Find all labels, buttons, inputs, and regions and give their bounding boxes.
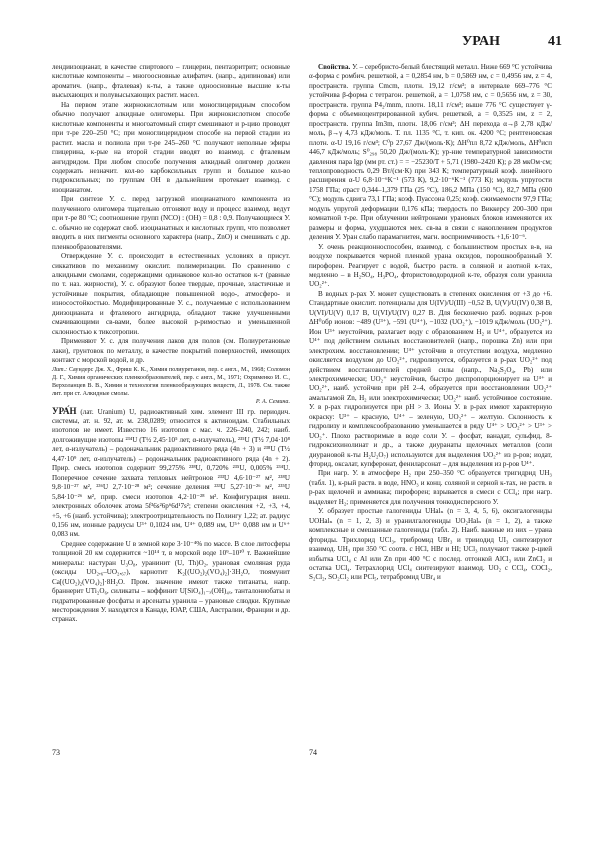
references-label: Лит.: xyxy=(52,367,67,373)
references: Лит.: Саундерс Дж. Х., Фриш К. К., Химия… xyxy=(52,366,290,399)
author-signature: Р. А. Семина. xyxy=(52,398,290,406)
page-number: 41 xyxy=(548,34,562,50)
paragraph: лендиизоцианат, в качестве спиртового – … xyxy=(52,63,290,101)
entry-headword: УРА́Н xyxy=(52,406,76,416)
left-column: лендиизоцианат, в качестве спиртового – … xyxy=(52,63,290,625)
paragraph: Среднее содержание U в земной коре 3·10⁻… xyxy=(52,540,290,625)
properties-text: У. – серебристо-белый блестящий металл. … xyxy=(309,63,552,241)
page-footer-left: 73 xyxy=(52,748,60,757)
paragraph: На первом этапе жирнокислотным или моног… xyxy=(52,101,290,196)
properties-paragraph: Свойства. У. – серебристо-белый блестящи… xyxy=(309,63,552,243)
running-header: УРАН 41 xyxy=(462,34,562,50)
section-heading-properties: Свойства. xyxy=(318,63,350,71)
entry-paragraph: УРА́Н (лат. Uranium) U, радиоактивный хи… xyxy=(52,407,290,540)
entry-text: (лат. Uranium) U, радиоактивный хим. эле… xyxy=(52,408,290,539)
author-signature-line: Р. А. Семина. xyxy=(52,398,290,406)
running-header-title: УРАН xyxy=(462,34,500,50)
paragraph: При нагр. У. в атмосфере H₂ при 250–350 … xyxy=(309,469,552,507)
references-text: Саундерс Дж. Х., Фриш К. К., Химия полиу… xyxy=(52,367,290,398)
page-footer-right: 74 xyxy=(309,748,317,757)
paragraph: У. очень реакционноспособен, взаимод. с … xyxy=(309,243,552,290)
paragraph: Применяют У. с. для получения лаков для … xyxy=(52,337,290,365)
paragraph: Отверждение У. с. происходит в естествен… xyxy=(52,252,290,337)
paragraph: При синтезе У. с. перед загрузкой изоциа… xyxy=(52,195,290,252)
paragraph: У. образует простые галогениды UHalₙ (n … xyxy=(309,507,552,583)
paragraph: В водных р-рах У. может существовать в с… xyxy=(309,290,552,470)
right-column: Свойства. У. – серебристо-белый блестящи… xyxy=(309,63,552,583)
